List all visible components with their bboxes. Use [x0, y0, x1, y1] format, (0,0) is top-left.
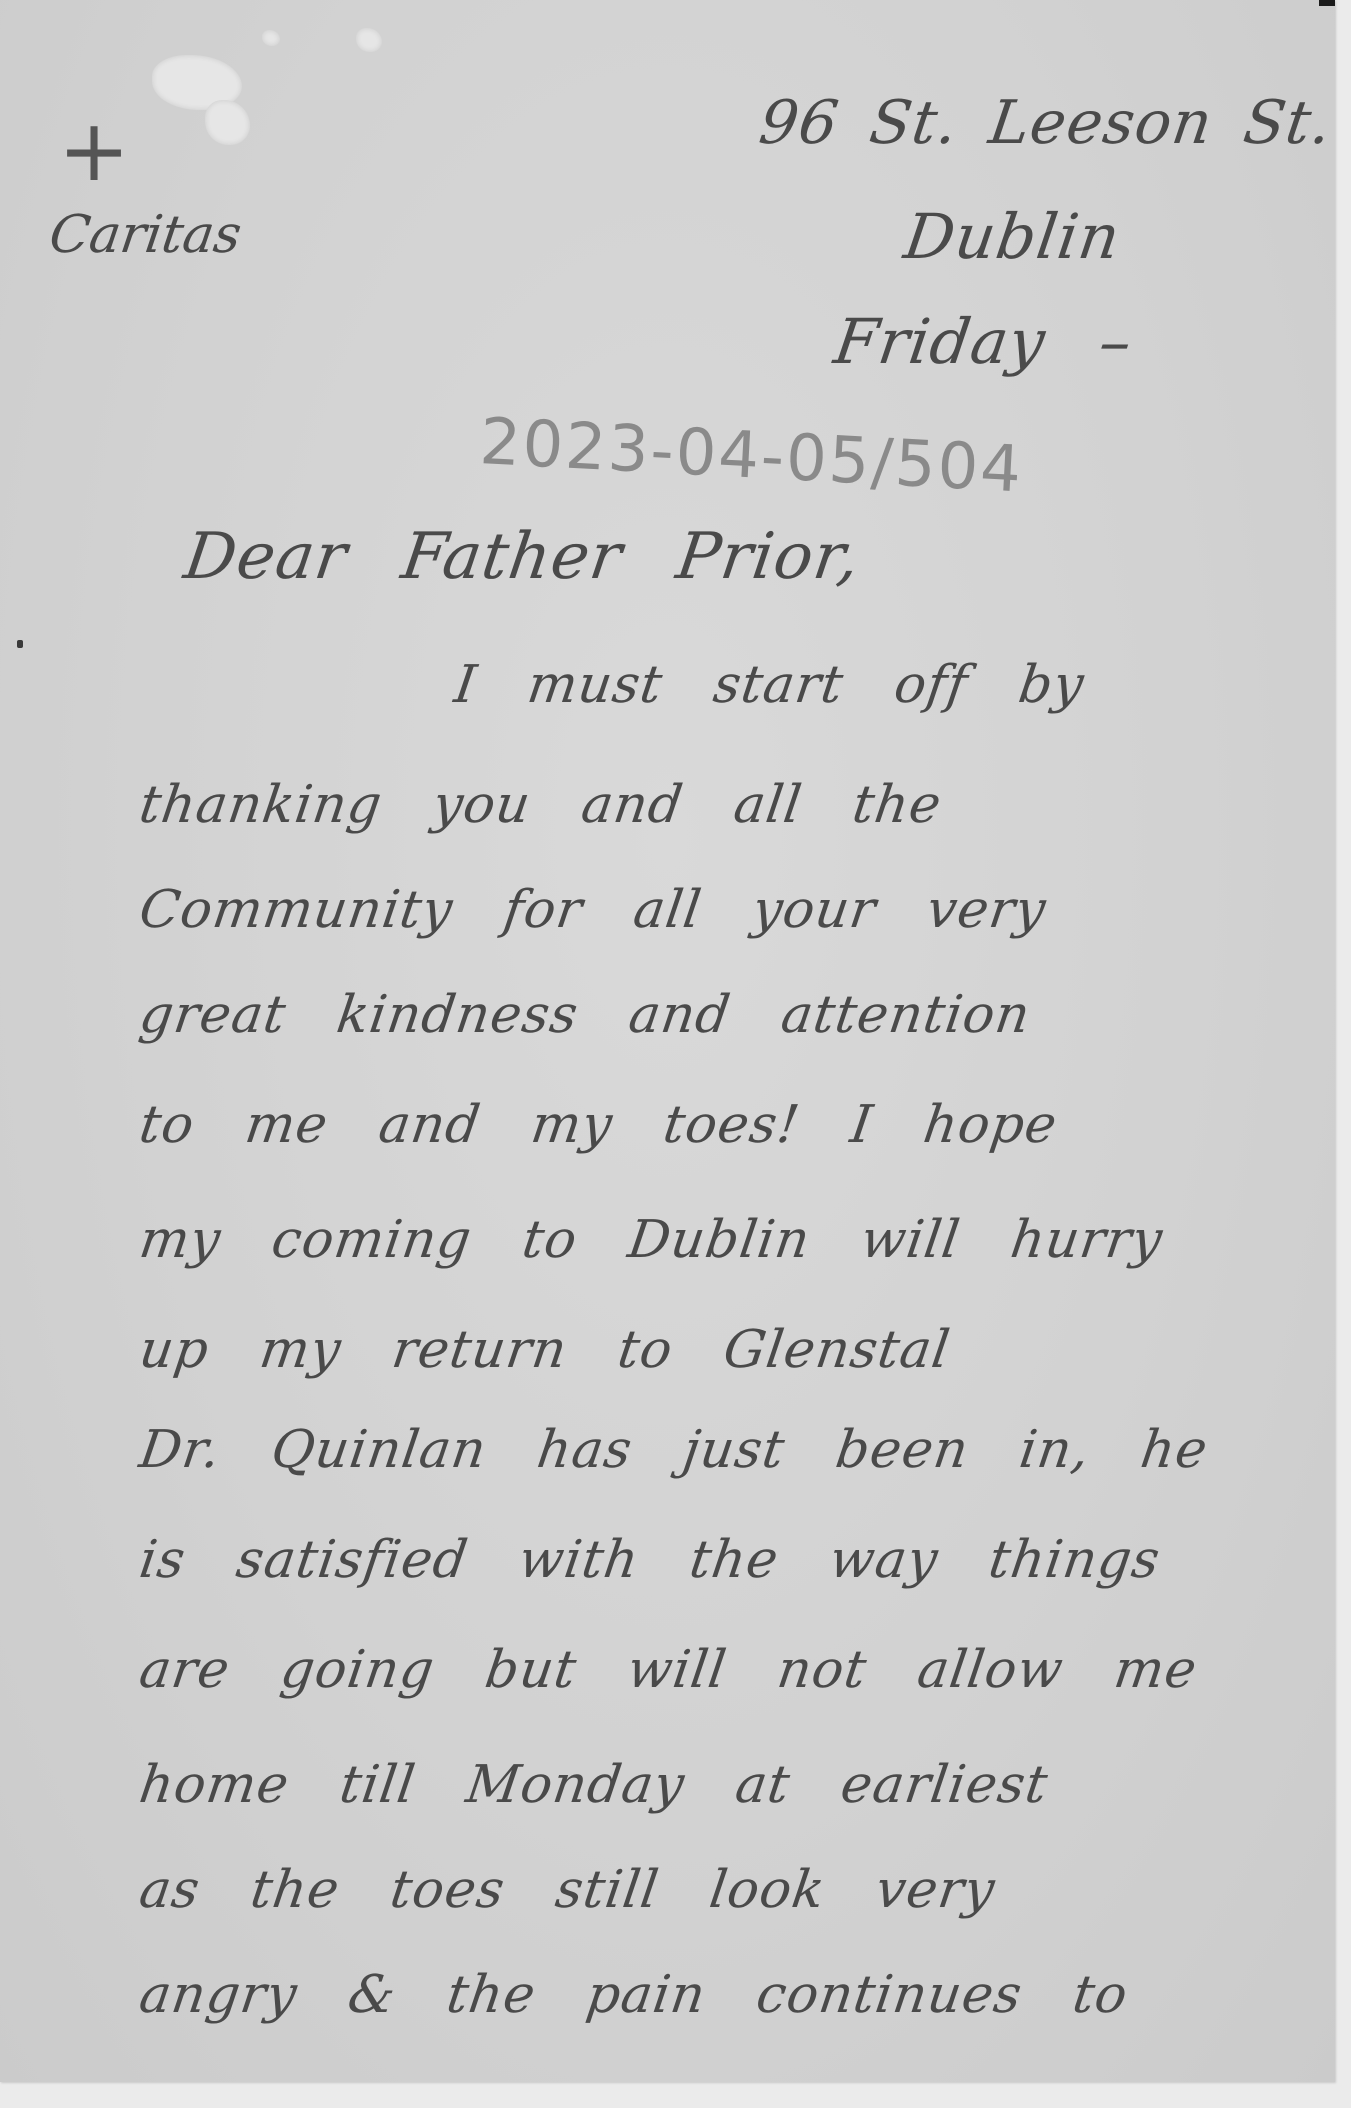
body-line: thanking you and all the: [136, 775, 946, 835]
address-line-city: Dublin: [900, 200, 1125, 273]
body-line: up my return to Glenstal: [136, 1320, 954, 1380]
address-line-day: Friday –: [830, 305, 1137, 378]
motto-caritas: Caritas: [46, 205, 245, 265]
body-line: I must start off by: [451, 655, 1088, 715]
paper-tear: [205, 100, 250, 145]
body-line: Community for all your very: [136, 880, 1050, 940]
body-line: as the toes still look very: [136, 1860, 999, 1920]
cross-icon: +: [58, 108, 130, 194]
paper-tear: [262, 30, 280, 46]
body-line: Dr. Quinlan has just been in, he: [136, 1420, 1212, 1480]
salutation: Dear Father Prior,: [180, 520, 865, 594]
letter-page: + Caritas 96 St. Leeson St. Dublin Frida…: [0, 0, 1335, 2082]
body-line: to me and my toes! I hope: [136, 1095, 1061, 1155]
body-line: great kindness and attention: [136, 985, 1035, 1045]
body-line: are going but will not allow me: [136, 1640, 1201, 1700]
address-line-street: 96 St. Leeson St.: [755, 88, 1336, 158]
body-line: is satisfied with the way things: [136, 1530, 1164, 1590]
paper-tear: [356, 28, 382, 52]
body-line: home till Monday at earliest: [136, 1755, 1052, 1815]
archive-number: 2023-04-05/504: [478, 405, 1025, 507]
ink-mark: [17, 640, 23, 648]
scan-edge: [1319, 0, 1335, 6]
body-line: my coming to Dublin will hurry: [136, 1210, 1167, 1270]
body-line: angry & the pain continues to: [136, 1965, 1132, 2025]
